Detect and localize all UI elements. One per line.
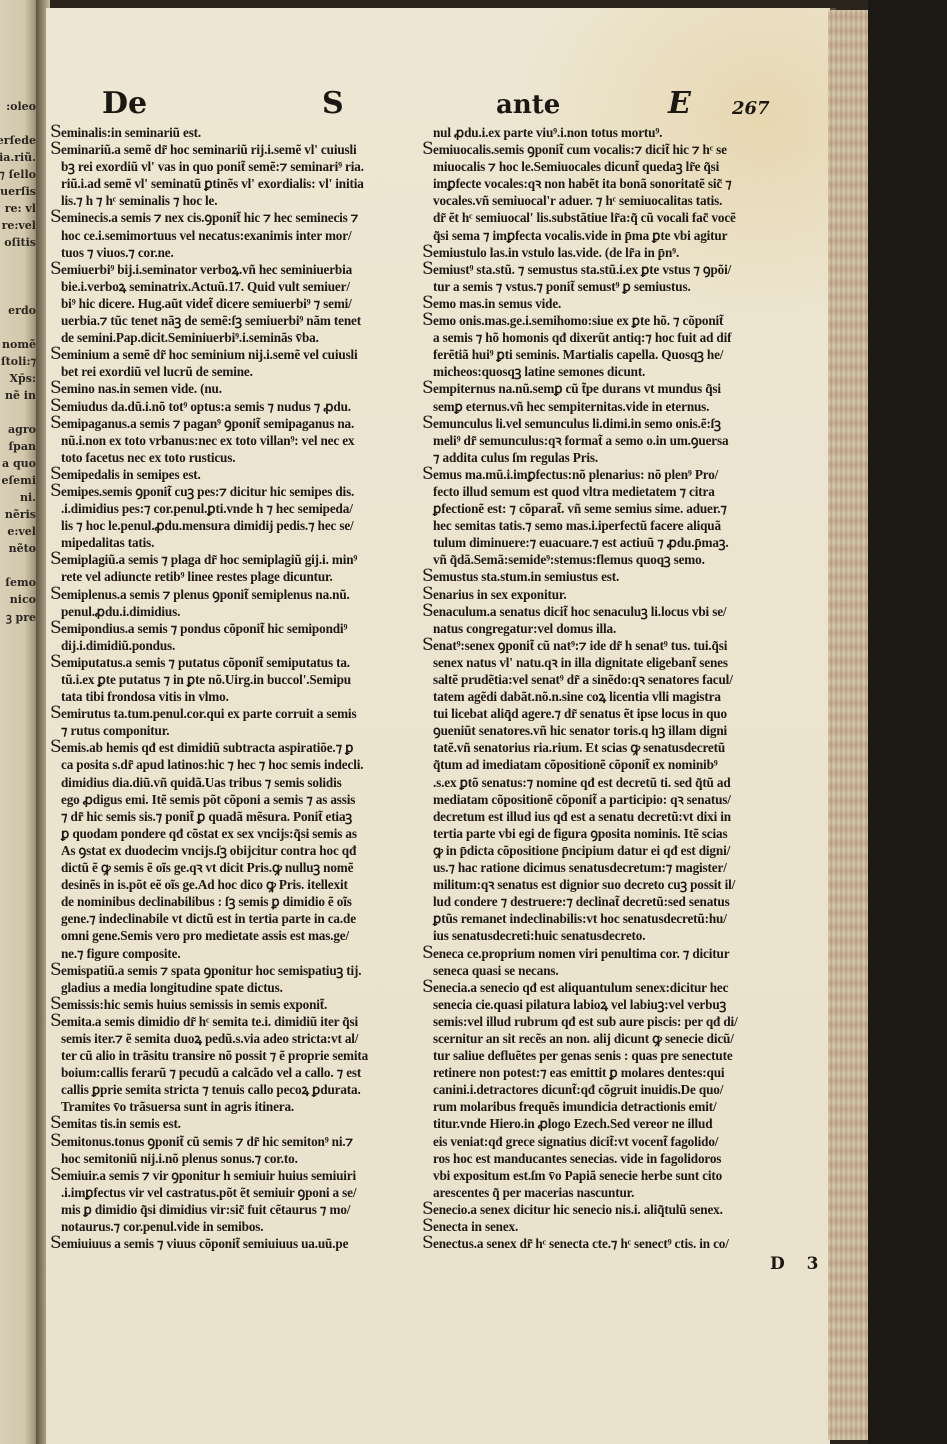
facing-page-fragment: eſemi bbox=[1, 474, 36, 487]
entry-text: emissis:hic semis huius semissis in semi… bbox=[61, 997, 327, 1012]
entry-headword-line: Seminecis.a semis ⁊ nex cis.ꝯponit̃ hic … bbox=[50, 209, 412, 226]
entry-text: seneca quasi se necans. bbox=[433, 963, 559, 978]
entry-continuation-line: hoc ce.i.semimortuus vel necatus:exanimi… bbox=[50, 227, 412, 244]
entry-text: titur.vnde Hiero.in ꝓlogo Ezech.Sed vere… bbox=[433, 1116, 712, 1131]
entry-continuation-line: tuos ⁊ viuos.⁊ cor.ne. bbox=[50, 244, 412, 261]
entry-text: us.⁊ hac ratione dicimus senatusdecretum… bbox=[433, 860, 727, 875]
entry-continuation-line: .i.dimidius pes:⁊ cor.penul.ꝑti.vnde h ⁊… bbox=[50, 500, 412, 517]
entry-continuation-line: bet rei exordiũ vel lucrũ de semine. bbox=[50, 363, 412, 380]
entry-text: eminium a semẽ dr̃ hoc seminium nij.i.se… bbox=[61, 347, 358, 362]
entry-text: ius senatusdecreti:huic senatusdecreto. bbox=[433, 928, 645, 943]
entry-text: lis.⁊ h ⁊ hᶜ seminalis ⁊ hoc le. bbox=[61, 193, 217, 208]
facing-page-fragment: ni. bbox=[20, 491, 36, 504]
signature-mark: D 3 bbox=[770, 1254, 827, 1274]
entry-headword-line: Sempiternus na.nũ.semꝑ cũ t̃pe durans vt… bbox=[422, 380, 784, 397]
entry-headword-line: Senat⁹:senex ꝯponit̃ cũ nat⁹:⁊ ide dr̃ h… bbox=[422, 637, 784, 654]
entry-text: senecia cie.quasi pilatura labioꝝ vel la… bbox=[433, 997, 726, 1012]
entry-text: saltẽ prudẽtia:vel senat⁹ dr̃ a sinẽdo:q… bbox=[433, 672, 733, 687]
entry-headword-line: Semiust⁹ sta.stũ. ⁊ semustus sta.stũ.i.e… bbox=[422, 261, 784, 278]
entry-continuation-line: tatẽ.vñ senatorius ria.rium. Et scias ꝙ … bbox=[422, 739, 784, 756]
entry-initial: S bbox=[50, 1167, 60, 1184]
entry-text: natus congregatur:vel domus illa. bbox=[433, 621, 616, 636]
entry-text: miuocalis ⁊ hoc le.Semiuocales dicunt̃ q… bbox=[433, 159, 719, 174]
entry-text: vocales.vñ semiuocal'r aduer. ⁊ hᶜ semiu… bbox=[433, 193, 722, 208]
entry-continuation-line: callis ꝑprie semita stricta ⁊ tenuis cal… bbox=[50, 1081, 412, 1098]
entry-text: rum molaribus frequẽs imundicia detracti… bbox=[433, 1099, 716, 1114]
entry-text: canini.i.detractores dicunt̃:qđ cõgruit … bbox=[433, 1082, 723, 1097]
entry-initial: S bbox=[50, 705, 60, 722]
entry-continuation-line: dr̃ ẽt hᶜ semiuocal' lis.substãtiue lr̃a… bbox=[422, 209, 784, 226]
entry-continuation-line: ferẽtiã hui⁹ ꝑti seminis. Martialis cape… bbox=[422, 346, 784, 363]
entry-text: ꝯueniũt senatores.vñ hic senator toris.q… bbox=[433, 723, 727, 738]
entry-continuation-line: mis ꝑ dimidio q̃si dimidius vir:sic̃ fui… bbox=[50, 1201, 412, 1218]
entry-headword-line: Semiuiuus a semis ⁊ viuus cõponit̃ semiu… bbox=[50, 1235, 412, 1252]
entry-text: emus ma.mũ.i.imꝑfectus:nõ plenarius: nõ … bbox=[433, 467, 718, 482]
entry-text: tata tibi frondosa vitis in vlmo. bbox=[61, 689, 229, 704]
entry-text: senex natus vl' natu.qꝛ in illa dignitat… bbox=[433, 655, 728, 670]
running-head-letter: S bbox=[322, 86, 344, 121]
entry-continuation-line: toto facetus nec ex toto rusticus. bbox=[50, 449, 412, 466]
entry-continuation-line: tatem agẽdi dabãt.nõ.n.sine coꝝ licentia… bbox=[422, 688, 784, 705]
entry-continuation-line: tulum diminuere:⁊ euacuare.⁊ est actiuũ … bbox=[422, 534, 784, 551]
entry-text: As ꝯstat ex duodecim vncijs.ſꝫ obijcitur… bbox=[61, 843, 356, 858]
entry-continuation-line: militum:qꝛ senatus est dignior suo decre… bbox=[422, 876, 784, 893]
entry-continuation-line: fecto illud semum est quod vltra medieta… bbox=[422, 483, 784, 500]
entry-headword-line: Semunculus li.vel semunculus li.dimi.in … bbox=[422, 415, 784, 432]
entry-text: bet rei exordiũ vel lucrũ de semine. bbox=[61, 364, 253, 379]
entry-headword-line: Semiplenus.a semis ⁊ plenus ꝯponit̃ semi… bbox=[50, 586, 412, 603]
entry-initial: S bbox=[422, 244, 432, 261]
entry-continuation-line: tui licebat aliq̄d agere.⁊ dr̃ senatus ẽ… bbox=[422, 705, 784, 722]
entry-continuation-line: canini.i.detractores dicunt̃:qđ cõgruit … bbox=[422, 1081, 784, 1098]
running-head-word: ante bbox=[496, 90, 560, 120]
entry-text: dij.i.dimidiũ.pondus. bbox=[61, 638, 175, 653]
facing-page-fragment: ſtoli:⁊ bbox=[1, 355, 36, 368]
entry-continuation-line: us.⁊ hac ratione dicimus senatusdecretum… bbox=[422, 859, 784, 876]
entry-text: semꝑ eternus.vñ hec sempiternitas.vide i… bbox=[433, 399, 709, 414]
entry-text: emiuerbi⁹ bij.i.seminator verboꝝ.vñ hec … bbox=[61, 262, 352, 277]
entry-text: hec semitas tatis.⁊ semo mas.i.iperfectũ… bbox=[433, 518, 721, 533]
entry-continuation-line: tata tibi frondosa vitis in vlmo. bbox=[50, 688, 412, 705]
entry-text: tertia parte vbi egi de figura ꝯposita n… bbox=[433, 826, 727, 841]
facing-page-fragment: :oleo bbox=[6, 100, 36, 113]
facing-page-fragment: nomẽ bbox=[2, 338, 36, 351]
entry-text: callis ꝑprie semita stricta ⁊ tenuis cal… bbox=[61, 1082, 361, 1097]
entry-continuation-line: seneca quasi se necans. bbox=[422, 962, 784, 979]
entry-continuation-line: ca posita s.dr̃ apud latinos:hic ⁊ hec ⁊… bbox=[50, 756, 412, 773]
running-head: De S ante E 267 bbox=[46, 86, 830, 126]
entry-continuation-line: lis.⁊ h ⁊ hᶜ seminalis ⁊ hoc le. bbox=[50, 192, 412, 209]
entry-text: eminariũ.a semẽ dr̃ hoc seminariũ rij.i.… bbox=[61, 142, 357, 157]
entry-headword-line: Seneca ce.proprium nomen viri penultima … bbox=[422, 945, 784, 962]
entry-text: emirutus ta.tum.penul.cor.qui ex parte c… bbox=[61, 706, 356, 721]
entry-text: imꝑfecte vocales:qꝛ non habẽt ita bonã s… bbox=[433, 176, 732, 191]
entry-headword-line: Semiustulo las.in vstulo las.vide. (de l… bbox=[422, 244, 784, 261]
entry-text: emitonus.tonus ꝯponit̃ cũ semis ⁊ dr̃ hi… bbox=[61, 1134, 353, 1149]
entry-continuation-line: vbi expositum est.ſm v̄o Papiã senecie h… bbox=[422, 1167, 784, 1184]
entry-text: omni gene.Semis vero pro medietate assis… bbox=[61, 928, 349, 943]
facing-page-fragment: ſpan bbox=[8, 440, 36, 453]
entry-text: desinẽs in is.põt eẽ oĩs ge.Ad hoc dico … bbox=[61, 877, 348, 892]
entry-text: militum:qꝛ senatus est dignior suo decre… bbox=[433, 877, 735, 892]
entry-text: vñ q̃dã.Semã:semide⁹:stemus:flemus quoqꝫ… bbox=[433, 552, 705, 567]
entry-text: ter cũ alio in trãsitu transire nõ possi… bbox=[61, 1048, 368, 1063]
facing-page-fragment: agro bbox=[8, 423, 36, 436]
entry-continuation-line: mipedalitas tatis. bbox=[50, 534, 412, 551]
entry-continuation-line: lis ⁊ hoc le.penul.ꝓdu.mensura dimidij p… bbox=[50, 517, 412, 534]
entry-continuation-line: tertia parte vbi egi de figura ꝯposita n… bbox=[422, 825, 784, 842]
entry-text: emiust⁹ sta.stũ. ⁊ semustus sta.stũ.i.ex… bbox=[433, 262, 731, 277]
entry-continuation-line: bi⁹ hic dicere. Hug.aũt videt̃ dicere se… bbox=[50, 295, 412, 312]
entry-text: hoc semitoniũ nij.i.nõ plenus sonus.⁊ co… bbox=[61, 1151, 298, 1166]
entry-headword-line: Semiuir.a semis ⁊ vir ꝯponitur h semiuir… bbox=[50, 1167, 412, 1184]
entry-initial: S bbox=[422, 945, 432, 962]
entry-initial: S bbox=[50, 1115, 60, 1132]
entry-continuation-line: omni gene.Semis vero pro medietate assis… bbox=[50, 927, 412, 944]
entry-headword-line: Semipaganus.a semis ⁊ pagan⁹ ꝯponit̃ sem… bbox=[50, 415, 412, 432]
entry-continuation-line: ⁊ addita culus ſm regulas Pris. bbox=[422, 449, 784, 466]
entry-initial: S bbox=[422, 979, 432, 996]
book-page: De S ante E 267 Seminalis:in seminariũ e… bbox=[46, 8, 830, 1444]
entry-text: retinere non potest:⁊ eas emittit ꝑ mola… bbox=[433, 1065, 724, 1080]
entry-initial: S bbox=[422, 603, 432, 620]
entry-text: emispatiũ.a semis ⁊ spata ꝯponitur hoc s… bbox=[61, 963, 361, 978]
entry-initial: S bbox=[50, 620, 60, 637]
entry-continuation-line: de nominibus declinabilibus : ſꝫ semis ꝑ… bbox=[50, 893, 412, 910]
entry-initial: S bbox=[422, 261, 432, 278]
entry-initial: S bbox=[50, 415, 60, 432]
entry-continuation-line: tur saliue defluẽtes per genas senis : q… bbox=[422, 1047, 784, 1064]
entry-headword-line: Semo mas.in semus vide. bbox=[422, 295, 784, 312]
entry-text: eis veniat:qđ grece signatius dicit̃:vt … bbox=[433, 1134, 718, 1149]
entry-continuation-line: micheos:quosqꝫ latine semones dicunt. bbox=[422, 363, 784, 380]
entry-text: enarius in sex exponitur. bbox=[433, 587, 567, 602]
entry-continuation-line: ꝑtũs remanet indeclinabilis:vt hoc senat… bbox=[422, 910, 784, 927]
entry-initial: S bbox=[422, 1218, 432, 1235]
entry-headword-line: Seminariũ.a semẽ dr̃ hoc seminariũ rij.i… bbox=[50, 141, 412, 158]
entry-headword-line: Senectus.a senex dr̃ hᶜ senecta cte.⁊ hᶜ… bbox=[422, 1235, 784, 1252]
entry-text: fecto illud semum est quod vltra medieta… bbox=[433, 484, 715, 499]
entry-continuation-line: q̃tum ad imediatam cõpositionẽ cõponit̃ … bbox=[422, 756, 784, 773]
entry-text: ne.⁊ figure composite. bbox=[61, 946, 180, 961]
entry-continuation-line: desinẽs in is.põt eẽ oĩs ge.Ad hoc dico … bbox=[50, 876, 412, 893]
entry-text: toto facetus nec ex toto rusticus. bbox=[61, 450, 235, 465]
entry-continuation-line: boium:callis ferarũ ⁊ pecudũ a calcãdo v… bbox=[50, 1064, 412, 1081]
entry-text: emunculus li.vel semunculus li.dimi.in s… bbox=[433, 416, 721, 431]
entry-headword-line: Semissis:hic semis huius semissis in sem… bbox=[50, 996, 412, 1013]
entry-continuation-line: ⁊ dr̃ hic semis sis.⁊ ponit̃ ꝑ quadã mẽs… bbox=[50, 808, 412, 825]
entry-text: tuos ⁊ viuos.⁊ cor.ne. bbox=[61, 245, 174, 260]
entry-initial: S bbox=[50, 483, 60, 500]
entry-text: vbi expositum est.ſm v̄o Papiã senecie h… bbox=[433, 1168, 722, 1183]
entry-continuation-line: semꝑ eternus.vñ hec sempiternitas.vide i… bbox=[422, 398, 784, 415]
entry-text: bie.i.verboꝝ seminatrix.Actuũ.17. Quid v… bbox=[61, 279, 350, 294]
facing-page-fragment: erdo bbox=[8, 304, 36, 317]
folio-number: 267 bbox=[732, 98, 770, 119]
facing-page-fragment: ꝫ pre bbox=[6, 610, 36, 625]
entry-text: gene.⁊ indeclinabile vt dictũ est in ter… bbox=[61, 911, 356, 926]
entry-text: mediatam cõpositionẽ cõponit̃ a particip… bbox=[433, 792, 731, 807]
entry-continuation-line: ⁊ rutus componitur. bbox=[50, 722, 412, 739]
entry-initial: S bbox=[50, 962, 60, 979]
entry-continuation-line: tur a semis ⁊ vstus.⁊ ponit̃ semust⁹ ꝑ s… bbox=[422, 278, 784, 295]
entry-initial: S bbox=[50, 654, 60, 671]
facing-page-fragment: oſitis bbox=[4, 236, 36, 249]
entry-text: emiustulo las.in vstulo las.vide. (de lr… bbox=[433, 245, 679, 260]
entry-text: semis iter.⁊ ẽ semita duoꝝ pedũ.s.via ad… bbox=[61, 1031, 358, 1046]
entry-text: meli⁹ dr̃ semunculus:qꝛ format̃ a semo o… bbox=[433, 433, 728, 448]
facing-page-fragment: a quo bbox=[2, 457, 36, 470]
entry-continuation-line: ter cũ alio in trãsitu transire nõ possi… bbox=[50, 1047, 412, 1064]
entry-continuation-line: a semis ⁊ hõ homonis qđ dixerũt antiq:⁊ … bbox=[422, 329, 784, 346]
facing-page-fragment: re:vel bbox=[2, 219, 36, 232]
entry-text: de nominibus declinabilibus : ſꝫ semis ꝑ… bbox=[61, 894, 352, 909]
entry-text: emipes.semis ꝯponit̃ cuꝫ pes:⁊ dicitur h… bbox=[61, 484, 354, 499]
entry-headword-line: Semipondius.a semis ⁊ pondus cõponit̃ hi… bbox=[50, 620, 412, 637]
entry-text: bꝫ rei exordiũ vl' vas in quo ponit̃ sem… bbox=[61, 159, 364, 174]
entry-text: q̃tum ad imediatam cõpositionẽ cõponit̃ … bbox=[433, 757, 718, 772]
entry-initial: S bbox=[422, 415, 432, 432]
entry-headword-line: Senarius in sex exponitur. bbox=[422, 586, 784, 603]
entry-text: tulum diminuere:⁊ euacuare.⁊ est actiuũ … bbox=[433, 535, 729, 550]
entry-text: scernitur an sit recẽs an non. alij dicu… bbox=[433, 1031, 734, 1046]
entry-continuation-line: riũ.i.ad semẽ vl' seminatũ ꝑtinẽs vl' ex… bbox=[50, 175, 412, 192]
entry-headword-line: Semitas tis.in semis est. bbox=[50, 1115, 412, 1132]
facing-page-fragment: ſemo bbox=[5, 576, 36, 589]
entry-initial: S bbox=[50, 466, 60, 483]
entry-text: ⁊ rutus componitur. bbox=[61, 723, 169, 738]
book-scan: :oleoerſedeia.riũ.⁊ ſellouerſisre: vlre:… bbox=[0, 0, 947, 1444]
entry-initial: S bbox=[422, 1201, 432, 1218]
entry-continuation-line: rum molaribus frequẽs imundicia detracti… bbox=[422, 1098, 784, 1115]
entry-initial: S bbox=[422, 1235, 432, 1252]
entry-initial: S bbox=[50, 141, 60, 158]
entry-text: q̃si sema ⁊ imꝑfecta vocalis.vide in p̄m… bbox=[433, 228, 727, 243]
entry-text: .i.dimidius pes:⁊ cor.penul.ꝑti.vnde h ⁊… bbox=[61, 501, 353, 516]
entry-text: emitas tis.in semis est. bbox=[61, 1116, 181, 1131]
left-text-column: Seminalis:in seminariũ est.Seminariũ.a s… bbox=[50, 124, 412, 1252]
entry-text: enectus.a senex dr̃ hᶜ senecta cte.⁊ hᶜ … bbox=[433, 1236, 729, 1251]
facing-page-fragment: nẽ in bbox=[5, 389, 36, 402]
entry-initial: S bbox=[422, 637, 432, 654]
entry-continuation-line: senex natus vl' natu.qꝛ in illa dignitat… bbox=[422, 654, 784, 671]
entry-text: tũ.i.ex ꝑte putatus ⁊ in ꝑte nõ.Uirg.in … bbox=[61, 672, 351, 687]
entry-initial: S bbox=[50, 551, 60, 568]
entry-text: dr̃ ẽt hᶜ semiuocal' lis.substãtiue lr̃a… bbox=[433, 210, 736, 225]
entry-text: ꝑtũs remanet indeclinabilis:vt hoc senat… bbox=[433, 911, 727, 926]
facing-page-fragment: uerſis bbox=[0, 185, 36, 198]
entry-continuation-line: decretum est illud ius qđ est a senatu d… bbox=[422, 808, 784, 825]
entry-continuation-line: senecia cie.quasi pilatura labioꝝ vel la… bbox=[422, 996, 784, 1013]
entry-continuation-line: ꝯueniũt senatores.vñ hic senator toris.q… bbox=[422, 722, 784, 739]
entry-headword-line: Senecio.a senex dicitur hic senecio nis.… bbox=[422, 1201, 784, 1218]
entry-text: .s.ex ꝑtõ senatus:⁊ nomine qđ est decret… bbox=[433, 775, 731, 790]
fore-edge bbox=[828, 10, 868, 1440]
entry-continuation-line: notaurus.⁊ cor.penul.vide in semibos. bbox=[50, 1218, 412, 1235]
entry-continuation-line: q̃si sema ⁊ imꝑfecta vocalis.vide in p̄m… bbox=[422, 227, 784, 244]
entry-text: eneca ce.proprium nomen viri penultima c… bbox=[433, 946, 729, 961]
entry-text: semis:vel illud rubrum qđ est sub aure p… bbox=[433, 1014, 738, 1029]
entry-continuation-line: rete vel adiuncte retib⁹ linee restes pl… bbox=[50, 568, 412, 585]
entry-text: bi⁹ hic dicere. Hug.aũt videt̃ dicere se… bbox=[61, 296, 352, 311]
facing-page-edge: :oleoerſedeia.riũ.⁊ ſellouerſisre: vlre:… bbox=[0, 0, 40, 1444]
entry-text: emustus sta.stum.in semiustus est. bbox=[433, 569, 619, 584]
entry-continuation-line: semis iter.⁊ ẽ semita duoꝝ pedũ.s.via ad… bbox=[50, 1030, 412, 1047]
entry-continuation-line: scernitur an sit recẽs an non. alij dicu… bbox=[422, 1030, 784, 1047]
entry-text: enat⁹:senex ꝯponit̃ cũ nat⁹:⁊ ide dr̃ h … bbox=[433, 638, 727, 653]
right-text-column: nul ꝓdu.i.ex parte viu⁹.i.non totus mort… bbox=[422, 124, 784, 1252]
entry-text: Tramites v̄o trãsuersa sunt in agris iti… bbox=[61, 1099, 294, 1114]
entry-continuation-line: As ꝯstat ex duodecim vncijs.ſꝫ obijcitur… bbox=[50, 842, 412, 859]
entry-text: arescentes q̃ per macerias nascuntur. bbox=[433, 1185, 634, 1200]
entry-headword-line: Semus ma.mũ.i.imꝑfectus:nõ plenarius: nõ… bbox=[422, 466, 784, 483]
entry-text: enaculum.a senatus dicit̃ hoc senaculuꝫ … bbox=[433, 604, 726, 619]
entry-continuation-line: nũ.i.non ex toto vrbanus:nec ex toto vil… bbox=[50, 432, 412, 449]
entry-continuation-line: hec semitas tatis.⁊ semo mas.i.iperfectũ… bbox=[422, 517, 784, 534]
entry-headword-line: Semitonus.tonus ꝯponit̃ cũ semis ⁊ dr̃ h… bbox=[50, 1133, 412, 1150]
entry-continuation-line: vocales.vñ semiuocal'r aduer. ⁊ hᶜ semiu… bbox=[422, 192, 784, 209]
entry-text: emipondius.a semis ⁊ pondus cõponit̃ hic… bbox=[61, 621, 347, 636]
scan-background bbox=[868, 0, 947, 1444]
entry-text: enecta in senex. bbox=[433, 1219, 518, 1234]
entry-continuation-line: gene.⁊ indeclinabile vt dictũ est in ter… bbox=[50, 910, 412, 927]
entry-initial: S bbox=[50, 1013, 60, 1030]
entry-continuation-line: vñ q̃dã.Semã:semide⁹:stemus:flemus quoqꝫ… bbox=[422, 551, 784, 568]
entry-continuation-line: nul ꝓdu.i.ex parte viu⁹.i.non totus mort… bbox=[422, 124, 784, 141]
entry-initial: S bbox=[422, 586, 432, 603]
entry-text: micheos:quosqꝫ latine semones dicunt. bbox=[433, 364, 645, 379]
entry-initial: S bbox=[50, 1133, 60, 1150]
entry-text: emipedalis in semipes est. bbox=[61, 467, 201, 482]
entry-text: eminalis:in seminariũ est. bbox=[61, 125, 201, 140]
entry-initial: S bbox=[50, 739, 60, 756]
entry-text: nul ꝓdu.i.ex parte viu⁹.i.non totus mort… bbox=[433, 125, 662, 140]
entry-continuation-line: de semini.Pap.dicit.Seminiuerbi⁹.i.semin… bbox=[50, 329, 412, 346]
entry-continuation-line: ꝙ in p̄dicta cõpositione p̄ncipium datur… bbox=[422, 842, 784, 859]
entry-text: emino nas.in semen vide. (nu. bbox=[61, 381, 222, 396]
entry-text: gladius a media longitudine spate dictus… bbox=[61, 980, 283, 995]
entry-text: boium:callis ferarũ ⁊ pecudũ a calcãdo v… bbox=[61, 1065, 361, 1080]
entry-headword-line: Semipedalis in semipes est. bbox=[50, 466, 412, 483]
entry-text: ferẽtiã hui⁹ ꝑti seminis. Martialis cape… bbox=[433, 347, 723, 362]
entry-text: emita.a semis dimidio dr̃ hᶜ semita te.i… bbox=[61, 1014, 358, 1029]
entry-initial: S bbox=[50, 586, 60, 603]
entry-text: mipedalitas tatis. bbox=[61, 535, 154, 550]
entry-continuation-line: retinere non potest:⁊ eas emittit ꝑ mola… bbox=[422, 1064, 784, 1081]
entry-continuation-line: titur.vnde Hiero.in ꝓlogo Ezech.Sed vere… bbox=[422, 1115, 784, 1132]
entry-headword-line: Semita.a semis dimidio dr̃ hᶜ semita te.… bbox=[50, 1013, 412, 1030]
entry-text: tur saliue defluẽtes per genas senis : q… bbox=[433, 1048, 733, 1063]
entry-text: .i.imꝑfectus vir vel castratus.põt ẽt se… bbox=[61, 1185, 356, 1200]
entry-headword-line: Semiputatus.a semis ⁊ putatus cõponit̃ s… bbox=[50, 654, 412, 671]
entry-text: emiuir.a semis ⁊ vir ꝯponitur h semiuir … bbox=[61, 1168, 356, 1183]
entry-initial: S bbox=[422, 295, 432, 312]
entry-continuation-line: hoc semitoniũ nij.i.nõ plenus sonus.⁊ co… bbox=[50, 1150, 412, 1167]
entry-continuation-line: saltẽ prudẽtia:vel senat⁹ dr̃ a sinẽdo:q… bbox=[422, 671, 784, 688]
entry-continuation-line: arescentes q̃ per macerias nascuntur. bbox=[422, 1184, 784, 1201]
entry-text: eminecis.a semis ⁊ nex cis.ꝯponit̃ hic ⁊… bbox=[61, 210, 358, 225]
entry-continuation-line: dimidius dia.diũ.vñ quidã.Uas tribus ⁊ s… bbox=[50, 774, 412, 791]
entry-text: hoc ce.i.semimortuus vel necatus:exanimi… bbox=[61, 228, 351, 243]
entry-headword-line: Semiplagiũ.a semis ⁊ plaga dr̃ hoc semip… bbox=[50, 551, 412, 568]
facing-page-fragment: Xp̄s: bbox=[10, 372, 36, 385]
facing-page-fragment: nẽto bbox=[9, 542, 36, 555]
entry-text: ꝑfectionẽ est: ⁊ cõparat̃. vñ seme semiu… bbox=[433, 501, 727, 516]
entry-headword-line: Semiudus da.dũ.i.nõ tot⁹ optus:a semis ⁊… bbox=[50, 398, 412, 415]
facing-page-fragment: nico bbox=[10, 593, 36, 606]
entry-headword-line: Semustus sta.stum.in semiustus est. bbox=[422, 568, 784, 585]
entry-initial: S bbox=[50, 1235, 60, 1252]
entry-continuation-line: natus congregatur:vel domus illa. bbox=[422, 620, 784, 637]
entry-continuation-line: eis veniat:qđ grece signatius dicit̃:vt … bbox=[422, 1133, 784, 1150]
entry-headword-line: Seminium a semẽ dr̃ hoc seminium nij.i.s… bbox=[50, 346, 412, 363]
entry-continuation-line: bie.i.verboꝝ seminatrix.Actuũ.17. Quid v… bbox=[50, 278, 412, 295]
entry-initial: S bbox=[422, 568, 432, 585]
entry-initial: S bbox=[50, 209, 60, 226]
entry-text: notaurus.⁊ cor.penul.vide in semibos. bbox=[61, 1219, 263, 1234]
entry-text: ego ꝓdigus emi. Itẽ semis põt cõponi a s… bbox=[61, 792, 355, 807]
entry-text: de semini.Pap.dicit.Seminiuerbi⁹.i.semin… bbox=[61, 330, 319, 345]
entry-initial: S bbox=[50, 398, 60, 415]
entry-initial: S bbox=[50, 346, 60, 363]
entry-text: enecia.a senecio qđ est aliquantulum sen… bbox=[433, 980, 728, 995]
entry-text: tatem agẽdi dabãt.nõ.n.sine coꝝ licentia… bbox=[433, 689, 721, 704]
entry-headword-line: Senaculum.a senatus dicit̃ hoc senaculuꝫ… bbox=[422, 603, 784, 620]
entry-headword-line: Semiuocalis.semis ꝯponit̃ cum vocalis:⁊ … bbox=[422, 141, 784, 158]
facing-page-fragment: re: vl bbox=[5, 202, 36, 215]
running-head-word: De bbox=[102, 86, 147, 121]
entry-text: emo mas.in semus vide. bbox=[433, 296, 561, 311]
entry-headword-line: Semiuerbi⁹ bij.i.seminator verboꝝ.vñ hec… bbox=[50, 261, 412, 278]
entry-text: ⁊ dr̃ hic semis sis.⁊ ponit̃ ꝑ quadã mẽs… bbox=[61, 809, 352, 824]
entry-headword-line: Seminalis:in seminariũ est. bbox=[50, 124, 412, 141]
entry-text: dictũ ẽ ꝙ semis ẽ oĩs ge.qꝛ vt dicit Pri… bbox=[61, 860, 353, 875]
entry-text: penul.ꝓdu.i.dimidius. bbox=[61, 604, 180, 619]
entry-continuation-line: uerbia.⁊ tũc tenet nãꝫ de semẽ:ſꝫ semiue… bbox=[50, 312, 412, 329]
entry-headword-line: Semis.ab hemis qđ est dimidiũ subtracta … bbox=[50, 739, 412, 756]
entry-initial: S bbox=[50, 124, 60, 141]
entry-text: lud condere ⁊ destruere:⁊ declinat̃ decr… bbox=[433, 894, 730, 909]
entry-initial: S bbox=[422, 312, 432, 329]
entry-text: decretum est illud ius qđ est a senatu d… bbox=[433, 809, 731, 824]
facing-page-fragment: e:vel bbox=[7, 525, 36, 538]
entry-text: ⁊ addita culus ſm regulas Pris. bbox=[433, 450, 598, 465]
entry-text: tatẽ.vñ senatorius ria.rium. Et scias ꝙ … bbox=[433, 740, 725, 755]
entry-continuation-line: .i.imꝑfectus vir vel castratus.põt ẽt se… bbox=[50, 1184, 412, 1201]
entry-text: emiputatus.a semis ⁊ putatus cõponit̃ se… bbox=[61, 655, 350, 670]
entry-continuation-line: ius senatusdecreti:huic senatusdecreto. bbox=[422, 927, 784, 944]
entry-text: tui licebat aliq̄d agere.⁊ dr̃ senatus ẽ… bbox=[433, 706, 727, 721]
entry-text: rete vel adiuncte retib⁹ linee restes pl… bbox=[61, 569, 333, 584]
entry-text: ꝙ in p̄dicta cõpositione p̄ncipium datur… bbox=[433, 843, 730, 858]
entry-continuation-line: bꝫ rei exordiũ vl' vas in quo ponit̃ sem… bbox=[50, 158, 412, 175]
entry-continuation-line: miuocalis ⁊ hoc le.Semiuocales dicunt̃ q… bbox=[422, 158, 784, 175]
entry-continuation-line: Tramites v̄o trãsuersa sunt in agris iti… bbox=[50, 1098, 412, 1115]
facing-page-fragment: erſede bbox=[0, 134, 36, 147]
entry-text: a semis ⁊ hõ homonis qđ dixerũt antiq:⁊ … bbox=[433, 330, 731, 345]
entry-text: emiuocalis.semis ꝯponit̃ cum vocalis:⁊ d… bbox=[433, 142, 727, 157]
entry-headword-line: Semo onis.mas.ge.i.semihomo:siue ex ꝑte … bbox=[422, 312, 784, 329]
entry-text: nũ.i.non ex toto vrbanus:nec ex toto vil… bbox=[61, 433, 354, 448]
entry-continuation-line: imꝑfecte vocales:qꝛ non habẽt ita bonã s… bbox=[422, 175, 784, 192]
entry-initial: S bbox=[422, 380, 432, 397]
entry-initial: S bbox=[50, 261, 60, 278]
entry-continuation-line: .s.ex ꝑtõ senatus:⁊ nomine qđ est decret… bbox=[422, 774, 784, 791]
entry-continuation-line: tũ.i.ex ꝑte putatus ⁊ in ꝑte nõ.Uirg.in … bbox=[50, 671, 412, 688]
facing-page-fragment: ⁊ ſello bbox=[0, 168, 36, 181]
facing-page-fragment: nẽris bbox=[5, 508, 36, 521]
entry-initial: S bbox=[50, 996, 60, 1013]
